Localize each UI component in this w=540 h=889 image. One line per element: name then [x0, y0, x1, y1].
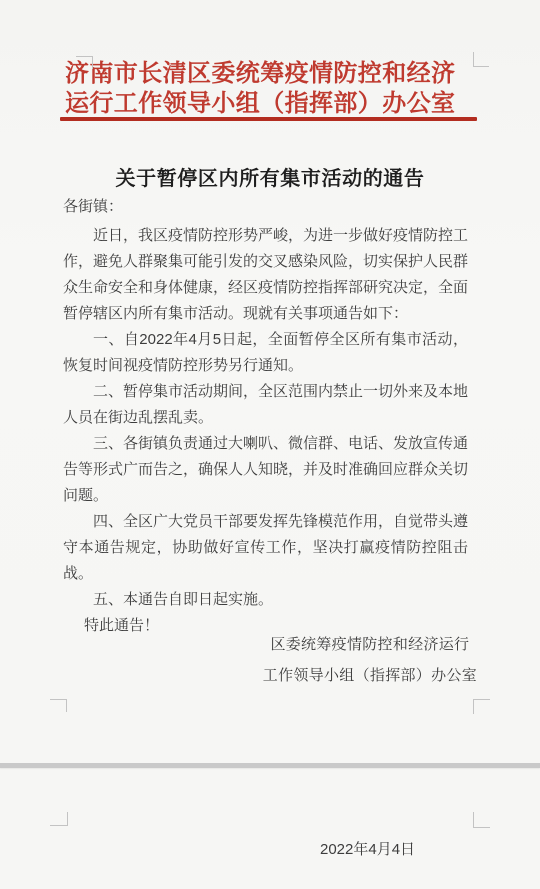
- letterhead: 济南市长清区委统筹疫情防控和经济 运行工作领导小组（指挥部）办公室: [65, 59, 480, 119]
- paragraph-item-5: 五、本通告自即日起实施。: [63, 587, 468, 613]
- paragraph-item-3: 三、各街镇负责通过大喇叭、微信群、电话、发放宣传通告等形式广而告之，确保人人知晓…: [63, 431, 468, 509]
- page1-margin-mark-top-right: [473, 52, 489, 67]
- paragraph-item-4: 四、全区广大党员干部要发挥先锋模范作用，自觉带头遵守本通告规定，协助做好宣传工作…: [63, 509, 468, 587]
- page1-margin-mark-bottom-left: [50, 699, 67, 712]
- salutation: 各街镇：: [63, 194, 468, 220]
- paragraph-item-2: 二、暂停集市活动期间，全区范围内禁止一切外来及本地人员在街边乱摆乱卖。: [63, 379, 468, 431]
- page1-margin-mark-bottom-right: [473, 699, 490, 714]
- signature-line-1: 区委统筹疫情防控和经济运行: [263, 629, 477, 660]
- notice-title: 关于暂停区内所有集市活动的通告: [60, 166, 480, 192]
- notice-document-photo: 济南市长清区委统筹疫情防控和经济 运行工作领导小组（指挥部）办公室 关于暂停区内…: [0, 0, 540, 889]
- letterhead-rule: [60, 117, 477, 121]
- letterhead-line-1: 济南市长清区委统筹疫情防控和经济: [65, 59, 480, 89]
- paragraph-intro: 近日，我区疫情防控形势严峻，为进一步做好疫情防控工作，避免人群聚集可能引发的交叉…: [63, 223, 468, 327]
- page-break-divider: [0, 763, 540, 768]
- notice-date: 2022年4月4日: [320, 837, 415, 863]
- signature-line-2: 工作领导小组（指挥部）办公室: [263, 660, 477, 691]
- page2-margin-mark-top-left: [50, 812, 68, 826]
- page2-margin-mark-top-right: [473, 812, 490, 828]
- letterhead-line-2: 运行工作领导小组（指挥部）办公室: [65, 89, 480, 119]
- page1-margin-mark-top-left: [76, 56, 93, 69]
- paragraph-item-1: 一、自2022年4月5日起，全面暂停全区所有集市活动，恢复时间视疫情防控形势另行…: [63, 327, 468, 379]
- notice-body: 各街镇： 近日，我区疫情防控形势严峻，为进一步做好疫情防控工作，避免人群聚集可能…: [63, 194, 468, 639]
- signature-block: 区委统筹疫情防控和经济运行 工作领导小组（指挥部）办公室: [263, 629, 477, 691]
